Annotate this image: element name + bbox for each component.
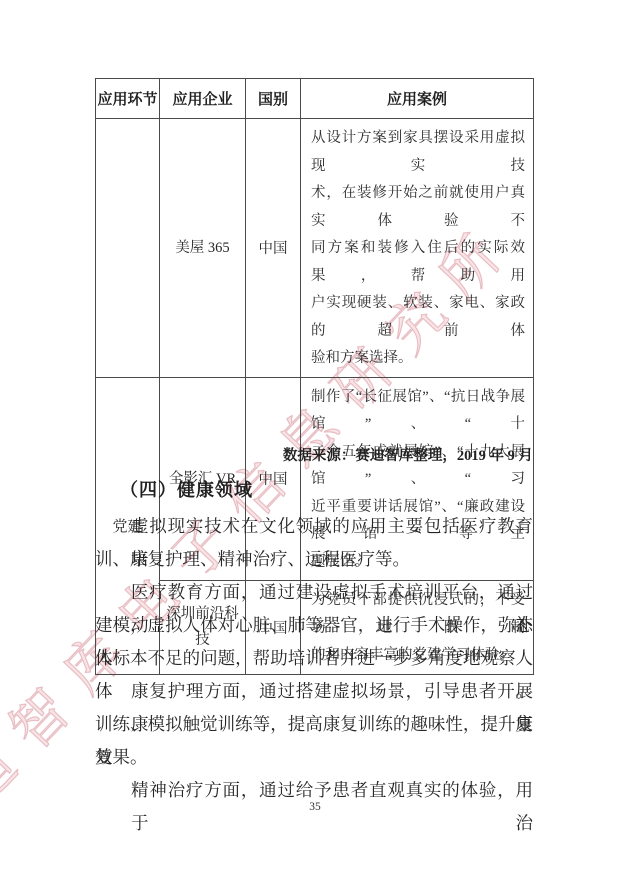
column-header-segment: 应用环节 <box>96 79 160 119</box>
document-page: 赛迪智库电子信息研究所 应用环节 应用企业 国别 应用案例 美屋 365 中国 … <box>0 0 630 890</box>
segment-cell-empty <box>96 119 160 378</box>
table-row: 美屋 365 中国 从设计方案到家具摆设采用虚拟现实技 术，在装修开始之前就使用… <box>96 119 534 378</box>
body-text-line: 虚拟现实技术在文化领域的应用主要包括医疗教育培 <box>95 510 533 543</box>
body-text-line: 体标本不足的问题，帮助培训者并进一步多角度地观察人体。 <box>95 642 533 675</box>
body-text-line: 训、康复护理、精神治疗、远程医疗等。 <box>95 543 533 576</box>
table-header-row: 应用环节 应用企业 国别 应用案例 <box>96 79 534 119</box>
case-text-line: 术，在装修开始之前就使用户真实体验不 <box>311 180 525 235</box>
section-heading: （四）健康领域 <box>120 476 253 502</box>
company-cell: 美屋 365 <box>160 119 246 378</box>
case-text-line: 验和方案选择。 <box>311 345 525 373</box>
case-text-line: 制作了“长征展馆”、“抗日战争展馆”、“十 <box>311 384 525 439</box>
page-number: 35 <box>0 801 630 813</box>
case-text-line: 同方案和装修入住后的实际效果，帮助用 <box>311 235 525 290</box>
body-text-line: 康复护理方面，通过搭建虚拟场景，引导患者开展康复 <box>95 675 533 708</box>
body-text-line: 医疗教育方面，通过建设虚拟手术培训平台，通过动态 <box>95 576 533 609</box>
body-text-line: 效果。 <box>95 741 533 774</box>
body-text-line: 训练、模拟触觉训练等，提高康复训练的趣味性，提升康复 <box>95 708 533 741</box>
body-text-line: 建模，虚拟人体对心脏、肺等器官，进行手术操作，弥补人 <box>95 609 533 642</box>
data-source-note: 数据来源：赛迪智库整理，2019 年 9 月 <box>95 444 533 465</box>
case-cell: 从设计方案到家具摆设采用虚拟现实技 术，在装修开始之前就使用户真实体验不 同方案… <box>301 119 534 378</box>
case-text-line: 户实现硬装、软装、家电、家政的超前体 <box>311 290 525 345</box>
column-header-company: 应用企业 <box>160 79 246 119</box>
country-cell: 中国 <box>246 119 301 378</box>
body-text: 虚拟现实技术在文化领域的应用主要包括医疗教育培 训、康复护理、精神治疗、远程医疗… <box>95 510 533 807</box>
column-header-case: 应用案例 <box>301 79 534 119</box>
column-header-country: 国别 <box>246 79 301 119</box>
case-text-line: 从设计方案到家具摆设采用虚拟现实技 <box>311 125 525 180</box>
